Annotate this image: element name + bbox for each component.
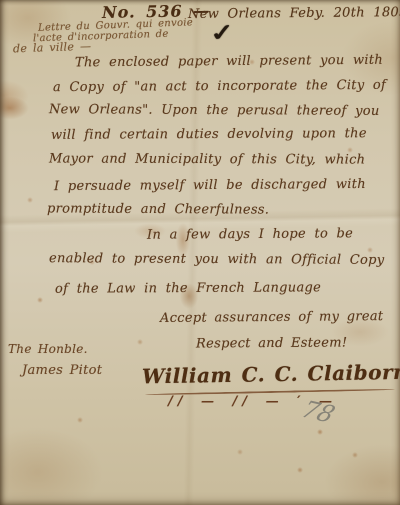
signature: William C. C. Claiborne	[142, 360, 400, 389]
letter-page: No. 536 — New Orleans Feby. 20th 1805 Le…	[0, 0, 400, 505]
letter-line: of the Law in the French Language	[55, 280, 321, 296]
closing-line: Respect and Esteem!	[196, 335, 348, 351]
closing-line: Accept assurances of my great	[160, 309, 384, 326]
addressee-line: James Pitot	[22, 363, 102, 378]
letter-line: promptitude and Cheerfulness.	[47, 201, 269, 217]
letter-line: will find certain duties devolving upon …	[51, 126, 367, 143]
addressee-line: The Honble.	[8, 342, 88, 356]
checkmark-icon: ✓	[209, 19, 236, 47]
letter-line: New Orleans". Upon the perusal thereof y…	[49, 102, 380, 119]
letter-line: enabled to present you with an Official …	[49, 251, 385, 268]
letter-line: In a few days I hope to be	[147, 226, 353, 242]
french-annotation-line: de la ville —	[13, 40, 92, 56]
letter-line: The enclosed paper will present you with	[75, 53, 383, 71]
letter-line: I persuade myself will be discharged wit…	[54, 177, 366, 194]
letter-line: Mayor and Municipality of this City, whi…	[49, 151, 365, 167]
letter-line: a Copy of "an act to incorporate the Cit…	[53, 78, 386, 95]
